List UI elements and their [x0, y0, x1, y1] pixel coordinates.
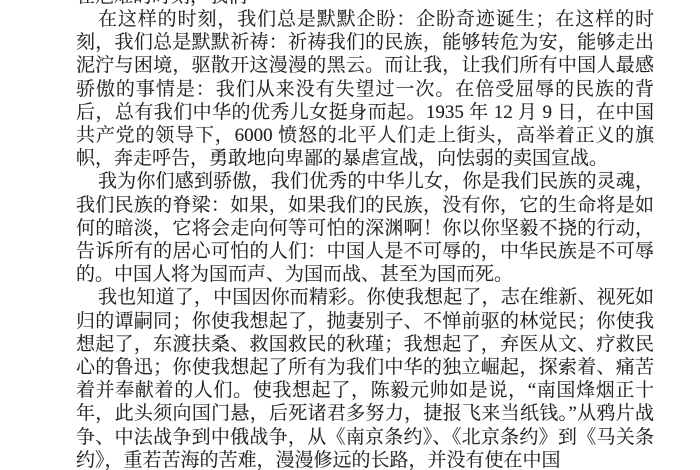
paragraph-1: 在这样的时刻，我们总是默默企盼：企盼奇迹诞生；在这样的时刻，我们总是默默祈祷：祈… [76, 8, 654, 170]
document-page: 在危难的时刻，我们 在这样的时刻，我们总是默默企盼：企盼奇迹诞生；在这样的时刻，… [0, 0, 700, 470]
clipped-top-line-text: 在危难的时刻，我们 [76, 0, 654, 8]
paragraph-2: 我为你们感到骄傲，我们优秀的中华儿女，你是我们民族的灵魂，我们民族的脊梁：如果，… [76, 170, 654, 286]
clipped-top-line: 在危难的时刻，我们 [76, 0, 654, 8]
paragraph-3: 我也知道了，中国因你而精彩。你使我想起了，志在维新、视死如归的谭嗣同；你使我想起… [76, 286, 654, 470]
